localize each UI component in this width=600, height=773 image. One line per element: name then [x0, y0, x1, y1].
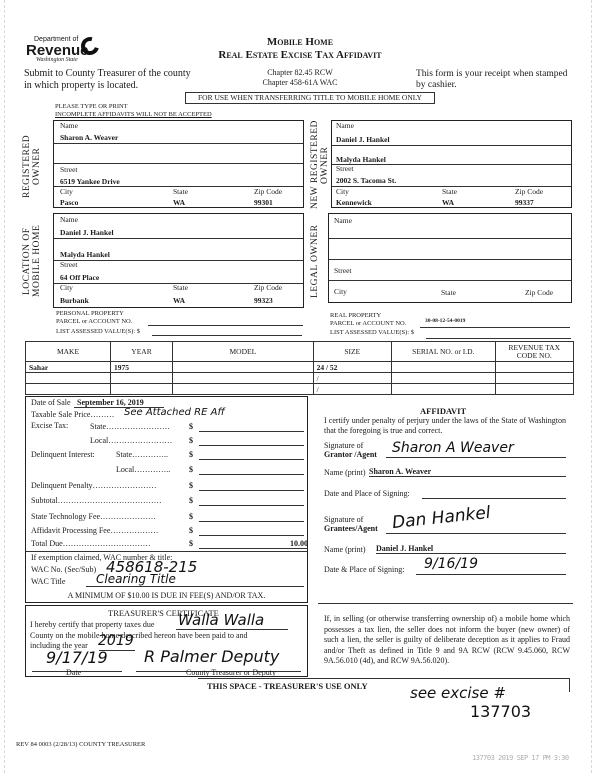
- dollar-sign: $: [189, 436, 193, 445]
- location-street[interactable]: 64 Off Place: [60, 273, 99, 282]
- new-registered-owner-box: Name Daniel J. Hankel Malyda Hankel Stre…: [331, 120, 572, 208]
- state-label: State: [441, 288, 456, 297]
- dollar-sign: $: [189, 526, 193, 535]
- new-owner-zip[interactable]: 99337: [515, 198, 534, 207]
- table-header-row: MAKE YEAR MODEL SIZE SERIAL NO. or I.D. …: [26, 342, 574, 362]
- subtotal-label: Subtotal…………………………………: [31, 496, 162, 505]
- subtotal-field[interactable]: [199, 496, 304, 506]
- registered-owner-city[interactable]: Pasco: [60, 198, 78, 207]
- cert-date-label: Date: [66, 668, 81, 677]
- delinquent-penalty-field[interactable]: [199, 481, 304, 491]
- submit-note-line-2: in which property is located.: [24, 80, 191, 92]
- county-value: Walla Walla: [178, 611, 264, 629]
- instruction-incomplete: INCOMPLETE AFFIDAVITS WILL NOT BE ACCEPT…: [55, 111, 212, 118]
- excise-state-label: State……………………: [90, 422, 170, 431]
- interest-local-field[interactable]: [199, 465, 304, 475]
- divider: [329, 280, 571, 281]
- registered-owner-label-line-1: REGISTERED: [22, 134, 32, 197]
- scan-edge-left: [4, 0, 5, 773]
- grantee-name-field[interactable]: Daniel J. Hankel: [376, 544, 566, 554]
- location-label-line-1: LOCATION OF: [22, 227, 32, 295]
- instruction-print: PLEASE TYPE OR PRINT: [55, 103, 128, 110]
- cell-size[interactable]: /: [313, 384, 391, 395]
- wac-no-label: WAC No. (Sec/Sub): [31, 565, 96, 574]
- cert-date-value: 9/17/19: [46, 648, 108, 667]
- divider: [54, 238, 303, 239]
- minimum-note: A MINIMUM OF $10.00 IS DUE IN FEE(S) AND…: [26, 591, 307, 600]
- wac-title-label: WAC Title: [31, 577, 65, 586]
- cell-make[interactable]: [26, 384, 111, 395]
- grantor-name-value: Sharon A. Weaver: [369, 467, 431, 476]
- zip-label: Zip Code: [254, 283, 282, 292]
- cell-year[interactable]: [110, 373, 172, 384]
- location-name-1[interactable]: Daniel J. Hankel: [60, 228, 114, 237]
- location-section-label: LOCATION OF MOBILE HOME: [22, 216, 44, 306]
- table-row: /: [26, 373, 574, 384]
- personal-property-parcel-field[interactable]: [148, 318, 303, 326]
- personal-property-label: PERSONAL PROPERTY: [56, 310, 132, 318]
- grantee-name-label: Name (print): [324, 545, 366, 554]
- registered-owner-zip[interactable]: 99301: [254, 198, 273, 207]
- receipt-stamp: 137703 2019 SEP 17 PM 3:30: [472, 754, 569, 762]
- form-title-line-1: Mobile Home: [200, 36, 400, 49]
- chapter-rcw: Chapter 82.45 RCW: [230, 68, 370, 78]
- real-property-label: REAL PROPERTY: [330, 312, 406, 320]
- new-registered-owner-section-label: NEW REGISTERED OWNER: [310, 120, 332, 210]
- taxable-sale-price-label: Taxable Sale Price………: [31, 410, 114, 419]
- table-row: Sahar 1975 24 / 52: [26, 362, 574, 373]
- name-label: Name: [60, 215, 78, 224]
- chapter-wac: Chapter 458-61A WAC: [230, 78, 370, 88]
- sale-fees-box: Date of Sale September 16, 2019 Taxable …: [25, 396, 308, 603]
- cell-serial[interactable]: [392, 373, 495, 384]
- new-owner-city[interactable]: Kennewick: [336, 198, 372, 207]
- real-assessed-label: LIST ASSESSED VALUE(S): $: [330, 329, 414, 336]
- grantor-name-field[interactable]: Sharon A. Weaver: [369, 467, 566, 477]
- registered-owner-label-line-2: OWNER: [32, 147, 42, 184]
- dollar-sign: $: [189, 481, 193, 490]
- cell-revenue-code[interactable]: [495, 362, 573, 373]
- lien-warning: If, in selling (or otherwise transferrin…: [324, 614, 570, 667]
- street-label: Street: [334, 266, 352, 275]
- dor-logo: Department of Revenue Washington State: [24, 34, 114, 64]
- delinquent-interest-label: Delinquent Interest:: [31, 450, 95, 459]
- interest-local-label: Local…………..: [116, 465, 170, 474]
- col-make: MAKE: [26, 342, 111, 362]
- affidavit-title: AFFIDAVIT: [420, 406, 466, 416]
- dollar-sign: $: [189, 539, 193, 548]
- new-owner-name-1[interactable]: Daniel J. Hankel: [336, 135, 390, 144]
- col-model: MODEL: [173, 342, 314, 362]
- scan-edge-right: [591, 0, 592, 773]
- divider: [54, 260, 303, 261]
- table-row: /: [26, 384, 574, 395]
- name-label: Name: [60, 121, 78, 130]
- location-state[interactable]: WA: [173, 296, 185, 305]
- street-label: Street: [60, 165, 78, 174]
- cell-model[interactable]: [173, 373, 314, 384]
- divider: [329, 238, 571, 239]
- chapter-refs: Chapter 82.45 RCW Chapter 458-61A WAC: [230, 68, 370, 88]
- wac-title-value: Clearing Title: [96, 572, 176, 586]
- treasurer-cert-line-2: County on the mobile home described here…: [30, 631, 248, 640]
- treasurer-signature: R Palmer Deputy: [144, 647, 279, 666]
- affidavit-fee-field[interactable]: [199, 526, 304, 536]
- cell-revenue-code[interactable]: [495, 384, 573, 395]
- treasurer-note-line-2: 137703: [470, 702, 531, 721]
- location-label-line-2: MOBILE HOME: [32, 225, 42, 297]
- col-size: SIZE: [313, 342, 391, 362]
- cell-make[interactable]: Sahar: [26, 362, 111, 373]
- grantor-date-field[interactable]: [422, 489, 566, 499]
- treasurer-cert-line-1: I hereby certify that property taxes due: [30, 620, 154, 629]
- grantee-signature-label: Signature of Grantees/Agent: [324, 515, 378, 533]
- total-due-field[interactable]: 10.00: [199, 539, 308, 549]
- zip-label: Zip Code: [254, 187, 282, 196]
- grantor-sig-label-2: Grantor /Agent: [324, 450, 377, 459]
- real-property-parcel-label: PARCEL or ACCOUNT NO.: [330, 320, 406, 328]
- name-label: Name: [334, 216, 352, 225]
- treasurer-note-line-1: see excise #: [410, 684, 506, 702]
- logo-revenue-text: Revenue: [26, 44, 89, 57]
- treasurer-certificate-box: TREASURER'S CERTIFICATE I hereby certify…: [25, 605, 308, 677]
- real-parcel-value: 30-08-12-54-0019: [425, 318, 465, 324]
- divider: [26, 551, 307, 552]
- zip-label: Zip Code: [515, 187, 543, 196]
- receipt-note: This form is your receipt when stamped b…: [416, 69, 567, 91]
- street-label: Street: [336, 164, 354, 173]
- cell-model[interactable]: [173, 362, 314, 373]
- excise-local-label: Local……………………: [90, 436, 172, 445]
- location-zip[interactable]: 99323: [254, 296, 273, 305]
- treasurer-use-right-rule: [569, 678, 570, 692]
- excise-tax-label: Excise Tax:: [31, 421, 68, 430]
- treasurer-use-title: THIS SPACE - TREASURER'S USE ONLY: [207, 681, 368, 691]
- logo-state-text: Washington State: [36, 57, 78, 63]
- state-tech-fee-field[interactable]: [199, 512, 304, 522]
- cell-year[interactable]: 1975: [110, 362, 172, 373]
- cert-signer-label: County Treasurer or Deputy: [186, 668, 276, 677]
- city-label: City: [336, 187, 349, 196]
- interest-state-label: State…………..: [116, 450, 168, 459]
- location-name-2[interactable]: Malyda Hankel: [60, 250, 110, 259]
- cell-revenue-code[interactable]: [495, 373, 573, 384]
- dollar-sign: $: [189, 496, 193, 505]
- name-label: Name: [336, 121, 354, 130]
- submit-note-line-1: Submit to County Treasurer of the county: [24, 68, 191, 80]
- state-label: State: [442, 187, 457, 196]
- cell-make[interactable]: [26, 373, 111, 384]
- cell-size[interactable]: 24 / 52: [313, 362, 391, 373]
- form-title: Mobile Home Real Estate Excise Tax Affid…: [200, 36, 400, 62]
- divider: [54, 143, 303, 144]
- lien-warning-top-rule: [318, 603, 573, 604]
- dollar-sign: $: [189, 422, 193, 431]
- year-value: 2019: [98, 633, 134, 649]
- grantee-sig-label-2: Grantees/Agent: [324, 524, 378, 533]
- cell-size[interactable]: /: [313, 373, 391, 384]
- form-id: REV 84 0003 (2/28/13) COUNTY TREASURER: [16, 741, 145, 748]
- zip-label: Zip Code: [525, 288, 553, 297]
- registered-owner-box: Name Sharon A. Weaver Street 6519 Yankee…: [53, 120, 304, 208]
- real-property-block: REAL PROPERTY PARCEL or ACCOUNT NO.: [330, 312, 406, 328]
- cell-year[interactable]: [110, 384, 172, 395]
- dollar-sign: $: [189, 450, 193, 459]
- personal-property-block: PERSONAL PROPERTY PARCEL or ACCOUNT NO.: [56, 310, 132, 326]
- cell-serial[interactable]: [392, 362, 495, 373]
- divider: [329, 259, 571, 260]
- form-title-line-2: Real Estate Excise Tax Affidavit: [200, 49, 400, 62]
- receipt-note-line-1: This form is your receipt when stamped: [416, 69, 567, 80]
- state-tech-fee-label: State Technology Fee…………………: [31, 512, 156, 521]
- grantee-name-value: Daniel J. Hankel: [376, 544, 433, 553]
- legal-owner-box: Name Street City State Zip Code: [328, 213, 572, 303]
- new-owner-name-2[interactable]: Malyda Hankel: [336, 155, 386, 164]
- affidavit-statement: I certify under penalty of perjury under…: [324, 416, 566, 436]
- new-owner-street[interactable]: 2002 S. Tacoma St.: [336, 176, 396, 185]
- delinquent-penalty-label: Delinquent Penalty……………………: [31, 481, 157, 490]
- street-label: Street: [60, 260, 78, 269]
- transfer-banner: FOR USE WHEN TRANSFERRING TITLE TO MOBIL…: [185, 92, 435, 104]
- mobile-home-table: MAKE YEAR MODEL SIZE SERIAL NO. or I.D. …: [25, 341, 574, 395]
- grantee-date-label: Date & Place of Signing:: [324, 565, 404, 574]
- grantor-signature: Sharon A Weaver: [392, 440, 514, 456]
- excise-state-field[interactable]: [199, 422, 304, 432]
- state-label: State: [173, 187, 188, 196]
- receipt-note-line-2: by cashier.: [416, 80, 567, 91]
- dollar-sign: $: [189, 512, 193, 521]
- total-due-value: 10.00: [290, 539, 308, 548]
- col-year: YEAR: [110, 342, 172, 362]
- interest-state-field[interactable]: [199, 450, 304, 460]
- submit-note: Submit to County Treasurer of the county…: [24, 68, 191, 92]
- registered-owner-state[interactable]: WA: [173, 198, 185, 207]
- real-assessed-field[interactable]: [426, 330, 571, 339]
- location-box: Name Daniel J. Hankel Malyda Hankel Stre…: [53, 213, 304, 308]
- excise-local-field[interactable]: [199, 436, 304, 446]
- legal-owner-section-label: LEGAL OWNER: [310, 216, 326, 306]
- treasurer-use-top-rule: [198, 678, 570, 679]
- state-label: State: [173, 283, 188, 292]
- registered-owner-section-label: REGISTERED OWNER: [22, 120, 44, 212]
- city-label: City: [334, 287, 347, 296]
- grantor-signature-label: Signature of Grantor /Agent: [324, 441, 377, 459]
- new-owner-state[interactable]: WA: [442, 198, 454, 207]
- cell-model[interactable]: [173, 384, 314, 395]
- personal-assessed-field[interactable]: [152, 327, 302, 336]
- grantor-date-label: Date and Place of Signing:: [324, 489, 410, 498]
- new-owner-label-line-2: OWNER: [320, 146, 330, 183]
- personal-assessed-label: LIST ASSESSED VALUE(S): $: [56, 328, 140, 335]
- personal-property-parcel-label: PARCEL or ACCOUNT NO.: [56, 318, 132, 326]
- real-property-parcel-field[interactable]: 30-08-12-54-0019: [420, 318, 570, 328]
- divider: [54, 163, 303, 164]
- divider: [332, 145, 571, 146]
- col-revenue-tax-code: REVENUE TAX CODE NO.: [495, 342, 573, 362]
- affidavit-fee-label: Affidavit Processing Fee………………: [31, 526, 158, 535]
- total-due-label: Total Due……………………………: [31, 539, 151, 548]
- location-city[interactable]: Burbank: [60, 296, 89, 305]
- grantee-date-value: 9/16/19: [424, 556, 478, 572]
- dollar-sign: $: [189, 465, 193, 474]
- col-serial: SERIAL NO. or I.D.: [392, 342, 495, 362]
- grantee-sig-label-1: Signature of: [324, 515, 378, 524]
- registered-owner-name-1[interactable]: Sharon A. Weaver: [60, 133, 118, 142]
- date-of-sale-label: Date of Sale: [31, 398, 71, 407]
- grantor-sig-label-1: Signature of: [324, 441, 377, 450]
- taxable-sale-price-value[interactable]: See Attached RE Aff: [124, 407, 225, 418]
- registered-owner-street[interactable]: 6519 Yankee Drive: [60, 177, 120, 186]
- new-owner-label-line-1: NEW REGISTERED: [310, 121, 320, 210]
- city-label: City: [60, 187, 73, 196]
- city-label: City: [60, 283, 73, 292]
- date-of-sale-value: September 16, 2019: [77, 398, 144, 407]
- grantor-name-label: Name (print): [324, 468, 366, 477]
- cell-serial[interactable]: [392, 384, 495, 395]
- divider: [332, 164, 571, 165]
